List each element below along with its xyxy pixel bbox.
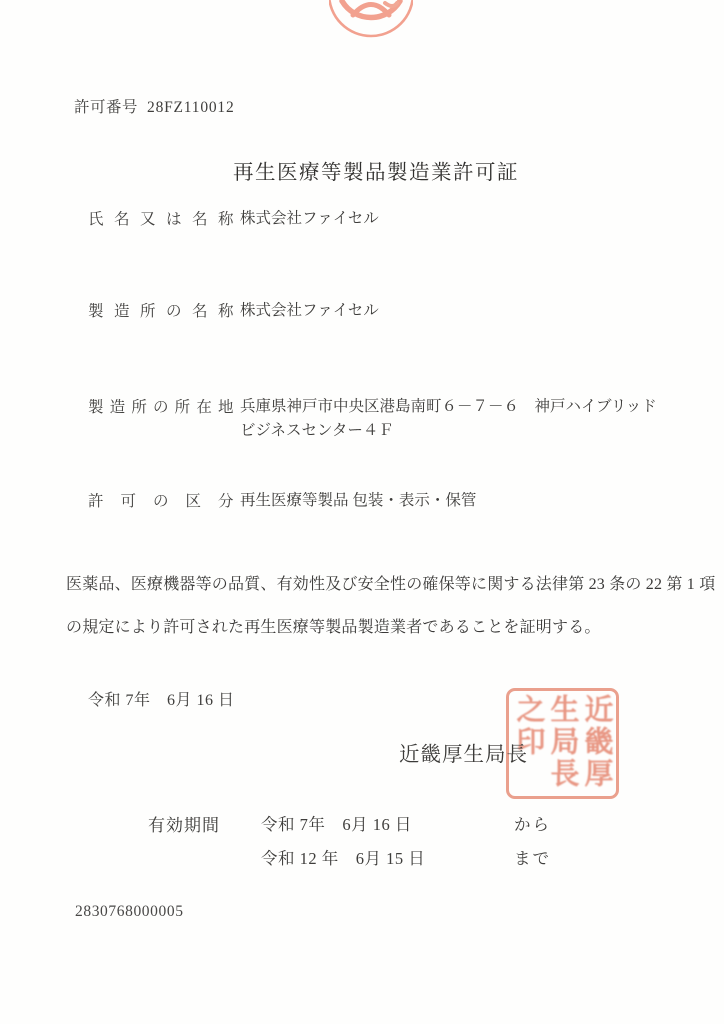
issue-date: 令和 7年 6月 16 日 (88, 687, 235, 710)
field-row-permit-category: 許可の区分 再生医療等製品 包装・表示・保管 (88, 489, 476, 513)
field-row-name: 氏名又は名称 株式会社ファイセル (88, 207, 379, 231)
validity-to-date: 令和 12 年 6月 15 日 (261, 845, 425, 869)
field-value-name: 株式会社ファイセル (240, 207, 379, 231)
field-value-factory-address: 兵庫県神戸市中央区港島南町６－７－６ 神戸ハイブリッドビジネスセンター４Ｆ (240, 395, 664, 443)
field-row-factory-address: 製造所の所在地 兵庫県神戸市中央区港島南町６－７－６ 神戸ハイブリッドビジネスセ… (88, 395, 664, 443)
document-title: 再生医療等製品製造業許可証 (233, 155, 519, 185)
permit-number-value: 28FZ110012 (147, 99, 235, 116)
field-value-permit-category: 再生医療等製品 包装・表示・保管 (240, 489, 476, 513)
validity-from-suffix: から (514, 811, 551, 835)
statement-line-1: 医薬品、医療機器等の品質、有効性及び安全性の確保等に関する法律第 23 条の 2… (66, 571, 691, 594)
serial-number: 2830768000005 (75, 903, 184, 921)
field-label-factory-address: 製造所の所在地 (88, 395, 234, 417)
permit-number-line: 許可番号28FZ110012 (74, 95, 235, 117)
permit-number-label: 許可番号 (74, 99, 138, 116)
validity-from-date: 令和 7年 6月 16 日 (261, 811, 412, 835)
field-label-name: 氏名又は名称 (88, 207, 234, 229)
field-value-factory-name: 株式会社ファイセル (240, 299, 379, 323)
field-row-factory-name: 製造所の名称 株式会社ファイセル (88, 299, 379, 323)
field-label-permit-category: 許可の区分 (88, 489, 234, 511)
statement-line-2: の規定により許可された再生医療等製品製造業者であることを証明する。 (66, 614, 691, 637)
validity-period-label: 有効期間 (148, 811, 220, 836)
round-stamp-icon (329, 0, 413, 38)
validity-to-suffix: まで (514, 845, 551, 869)
issuer-name: 近畿厚生局長 (399, 737, 528, 767)
field-label-factory-name: 製造所の名称 (88, 299, 234, 321)
